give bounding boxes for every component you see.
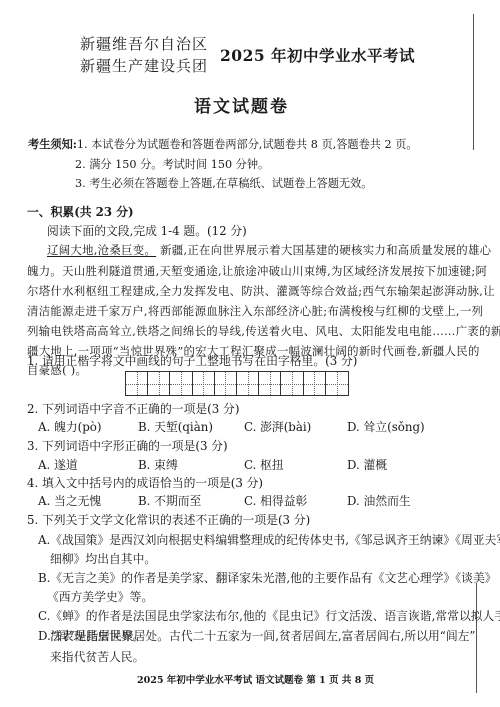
question-3-option-c[interactable]: C. 枢扭 bbox=[244, 456, 284, 473]
grid-cell[interactable] bbox=[304, 372, 326, 395]
grid-cell[interactable] bbox=[326, 372, 348, 395]
question-5-stem: 5. 下列关于文学文化常识的表述不正确的一项是(3 分) bbox=[27, 511, 310, 528]
page-footer: 2025 年初中学业水平考试 语文试题卷 第 1 页 共 8 页 bbox=[137, 672, 374, 686]
question-5-option-d-cont: 来指代贫苦人民。 bbox=[50, 648, 144, 665]
grid-cell[interactable] bbox=[237, 372, 259, 395]
grid-cell[interactable] bbox=[126, 372, 148, 395]
region-line-1: 新疆维吾尔自治区 bbox=[80, 33, 208, 54]
question-2-option-b[interactable]: B. 天堑(qiàn) bbox=[138, 418, 213, 435]
question-3-option-d[interactable]: D. 灌概 bbox=[347, 456, 387, 473]
question-3-stem: 3. 下列词语中字形正确的一项是(3 分) bbox=[27, 437, 228, 454]
notice-label: 考生须知: bbox=[28, 137, 77, 151]
passage-line-1: 辽阔大地,沧桑巨变。 新疆,正在向世界展示着大国基建的硬核实力和高质量发展的雄心 bbox=[47, 242, 491, 258]
question-5-option-d[interactable]: D.“闾”是指居民聚居处。古代二十五家为一闾,贫者居闾左,富者居闾右,所以用“闾… bbox=[38, 627, 475, 644]
question-5-option-b-cont: 《西方美学史》等。 bbox=[47, 588, 153, 605]
notice-item-3: 3. 考生必须在答题卷上答题,在草稿纸、试题卷上答题无效。 bbox=[75, 175, 372, 191]
section-title: 一、积累(共 23 分) bbox=[27, 203, 134, 220]
question-2-option-d[interactable]: D. 耸立(sǒng) bbox=[347, 418, 425, 435]
section-instruction: 阅读下面的文段,完成 1-4 题。(12 分) bbox=[47, 222, 247, 239]
question-2-option-a[interactable]: A. 魄力(pò) bbox=[38, 418, 101, 435]
question-5-option-a-cont: 细柳》均出自其中。 bbox=[50, 550, 156, 567]
question-2-option-c[interactable]: C. 澎湃(bài) bbox=[244, 418, 311, 435]
grid-cell[interactable] bbox=[281, 372, 303, 395]
exam-title: 2025 年初中学业水平考试 bbox=[220, 44, 415, 66]
grid-cell[interactable] bbox=[193, 372, 215, 395]
notice-item-1: 1. 本试卷分为试题卷和答题卷两部分,试题卷共 8 页,答题卷共 2 页。 bbox=[77, 138, 418, 151]
question-1-stem: 1. 请用正楷字将文中画线的句子工整地书写在田字格里。(3 分) bbox=[27, 352, 357, 369]
question-4-option-b[interactable]: B. 不期而至 bbox=[138, 492, 201, 509]
passage-line-2: 魄力。天山胜利隧道贯通,天堑变通途,让旅途冲破山川束缚,为区域经济发展按下加速键… bbox=[27, 263, 487, 279]
grid-cell[interactable] bbox=[215, 372, 237, 395]
question-3-option-b[interactable]: B. 束缚 bbox=[138, 456, 178, 473]
passage-line-4: 清洁能源走进千家万户,将西部能源血脉注入东部经济心脏;布满梭梭与红柳的戈壁上,一… bbox=[27, 303, 483, 319]
paper-title: 语文试题卷 bbox=[194, 92, 289, 117]
question-5-option-b[interactable]: B.《无言之美》的作者是美学家、翻译家朱光潜,他的主要作品有《文艺心理学》《谈美… bbox=[38, 569, 497, 586]
binding-line-bottom bbox=[476, 583, 477, 693]
question-3-option-a[interactable]: A. 遂道 bbox=[38, 456, 78, 473]
question-4-option-d[interactable]: D. 油然而生 bbox=[347, 492, 411, 509]
grid-cell[interactable] bbox=[170, 372, 192, 395]
question-2-stem: 2. 下列词语中字音不正确的一项是(3 分) bbox=[27, 400, 239, 417]
grid-cell[interactable] bbox=[148, 372, 170, 395]
question-4-stem: 4. 填入文中括号内的成语恰当的一项是(3 分) bbox=[27, 474, 263, 491]
question-4-option-a[interactable]: A. 当之无愧 bbox=[38, 492, 101, 509]
tian-zi-grid[interactable] bbox=[125, 371, 349, 396]
question-4-option-c[interactable]: C. 相得益彰 bbox=[244, 492, 307, 509]
grid-cell[interactable] bbox=[259, 372, 281, 395]
question-5-option-c[interactable]: C.《蝉》的作者是法国昆虫学家法布尔,他的《昆虫记》行文活泼、语言诙谐,常常以拟… bbox=[38, 607, 500, 624]
notice-item-2: 2. 满分 150 分。考试时间 150 分钟。 bbox=[75, 156, 269, 172]
binding-line-top bbox=[473, 14, 474, 150]
passage-line-5: 列输电铁塔高高耸立,铁塔之间绵长的导线,传送着火电、风电、太阳能发电电能……广袤… bbox=[27, 323, 500, 339]
region-line-2: 新疆生产建设兵团 bbox=[80, 55, 208, 76]
notice: 考生须知:1. 本试卷分为试题卷和答题卷两部分,试题卷共 8 页,答题卷共 2 … bbox=[28, 136, 418, 152]
underlined-sentence: 辽阔大地,沧桑巨变。 bbox=[47, 243, 156, 257]
passage-line-3: 尔塔什水利枢纽工程建成,全力发挥发电、防洪、灌溉等综合效益;西气东输架起澎湃动脉… bbox=[27, 283, 495, 299]
question-5-option-a[interactable]: A.《战国策》是西汉刘向根据史料编辑整理成的纪传体史书,《邹忌讽齐王纳谏》《周亚… bbox=[38, 531, 500, 548]
